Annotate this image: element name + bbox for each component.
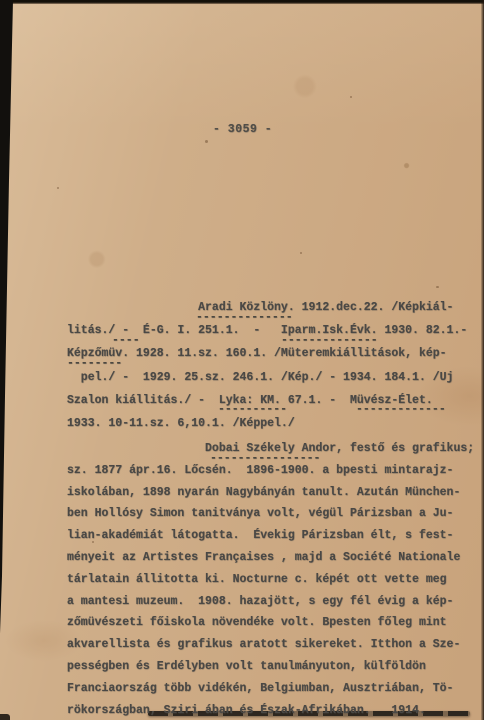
typed-text-line: pességben és Erdélyben volt tanulmányuto… (67, 660, 474, 682)
typed-text-line: rökországban, Sziri ában és Észak-Afriká… (67, 704, 474, 720)
paper-speck (300, 252, 302, 254)
typed-underline: -------- (67, 357, 122, 370)
typed-text-line: sz. 1877 ápr.16. Lőcsén. 1896-1900. a bp… (67, 464, 474, 486)
typed-text-line: zőmüvészeti főiskola növendéke volt. Bpe… (67, 616, 474, 638)
typed-text-line: tárlatain állitotta ki. Nocturne c. képé… (67, 573, 474, 595)
paper-speck (205, 140, 208, 143)
typed-underline: -------------- (281, 334, 378, 347)
typed-text-line: a mantesi muzeum. 1908. hazajött, s egy … (67, 595, 474, 617)
typed-text-line: 1933. 10-11.sz. 6,10.1. /Képpel./ (67, 417, 467, 440)
paper-speck (57, 187, 59, 189)
paper-speck (436, 286, 439, 288)
typed-underline: ---------------- (210, 452, 320, 465)
scan-corner-bottom-left (0, 714, 10, 720)
typed-text-line: Képzőmüv. 1928. 11.sz. 160.1. /Müteremki… (67, 347, 467, 370)
paper-speck (350, 96, 352, 98)
typed-text-line: Franciaország több vidékén, Belgiumban, … (67, 682, 474, 704)
typed-text-line: lian-akadémiát látogatta. Évekig Párizsb… (67, 529, 474, 551)
typed-text-line: ményeit az Artistes Françaises , majd a … (67, 551, 474, 573)
scan-edge-left (0, 0, 14, 720)
scanned-document-page: - 3059 - Aradi Közlöny. 1912.dec.22. /Ké… (0, 0, 484, 720)
typed-text-line: iskolában, 1898 nyarán Nagybányán tanult… (67, 486, 474, 508)
page-number: - 3059 - (213, 123, 272, 136)
typed-underline: -------------- (196, 311, 293, 324)
biography-paragraph: Dobai Székely Andor, festő és grafikus;s… (67, 442, 474, 720)
typed-text-line: akvarellista és grafikus aratott sikerek… (67, 638, 474, 660)
scan-edge-top (0, 0, 484, 4)
typed-underline: ---------- (218, 403, 287, 416)
typed-underline: ------------- (356, 403, 446, 416)
typed-underline: ---- (112, 334, 140, 347)
typed-text-line: pel./ - 1929. 25.sz. 246.1. /Kép./ - 193… (67, 371, 467, 394)
typed-text-line: ben Hollósy Simon tanitványa volt, végül… (67, 507, 474, 529)
